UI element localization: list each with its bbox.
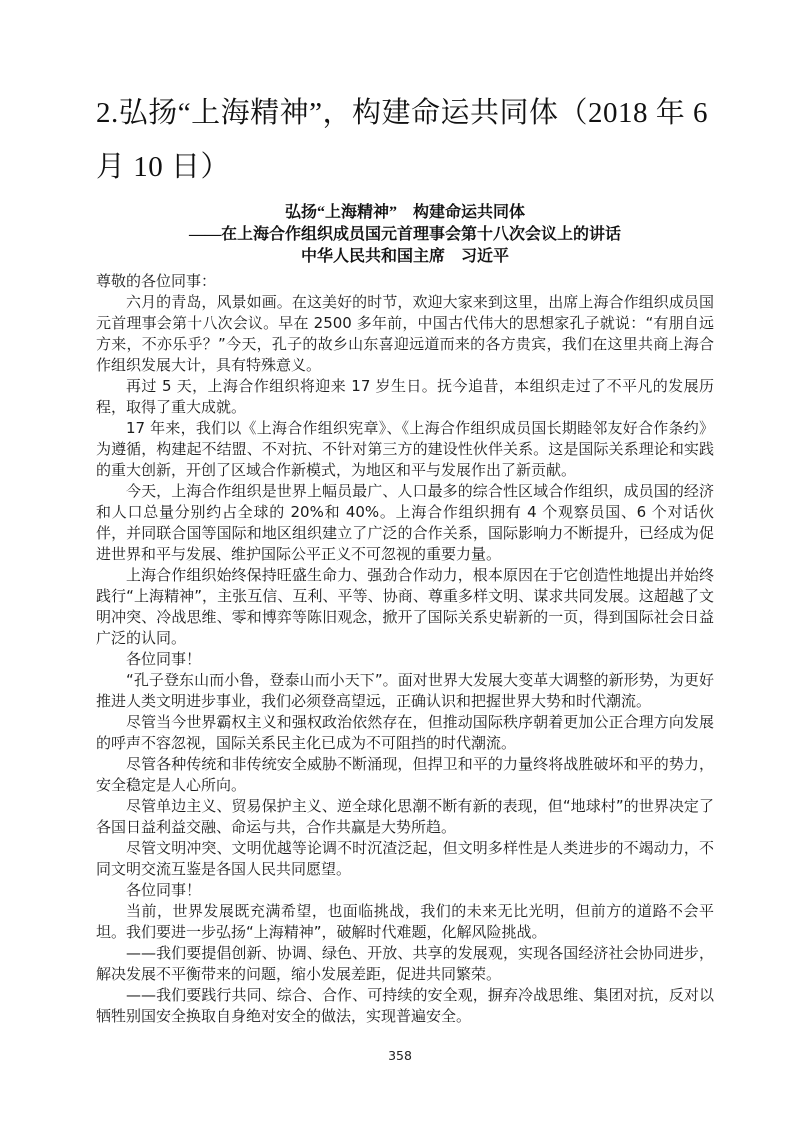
body-paragraph: 尽管文明冲突、文明优越等论调不时沉渣泛起，但文明多样性是人类进步的不竭动力，不同… bbox=[96, 838, 714, 880]
body-paragraph: “孔子登东山而小鲁，登泰山而小天下”。面对世界大发展大变革大调整的新形势，为更好… bbox=[96, 670, 714, 712]
body-paragraph: 尽管当今世界霸权主义和强权政治依然存在，但推动国际秩序朝着更加公正合理方向发展的… bbox=[96, 712, 714, 754]
body-paragraph: 各位同事！ bbox=[96, 880, 714, 901]
body-paragraph: 尽管单边主义、贸易保护主义、逆全球化思潮不断有新的表现，但“地球村”的世界决定了… bbox=[96, 796, 714, 838]
body-paragraph: 各位同事！ bbox=[96, 649, 714, 670]
body-paragraph: 再过 5 天，上海合作组织将迎来 17 岁生日。抚今追昔，本组织走过了不平凡的发… bbox=[96, 376, 714, 418]
body-paragraph: 六月的青岛，风景如画。在这美好的时节，欢迎大家来到这里，出席上海合作组织成员国元… bbox=[96, 292, 714, 376]
speech-title: 弘扬“上海精神” 构建命运共同体 bbox=[96, 202, 714, 224]
document-page: 2.弘扬“上海精神”，构建命运共同体（2018 年 6 月 10 日） 弘扬“上… bbox=[0, 0, 800, 1133]
chapter-title: 2.弘扬“上海精神”，构建命运共同体（2018 年 6 月 10 日） bbox=[96, 86, 714, 194]
body-paragraph: 尽管各种传统和非传统安全威胁不断涌现，但捍卫和平的力量终将战胜破坏和平的势力，安… bbox=[96, 754, 714, 796]
page-number: 358 bbox=[0, 1048, 800, 1063]
speech-heading-block: 弘扬“上海精神” 构建命运共同体 ——在上海合作组织成员国元首理事会第十八次会议… bbox=[96, 202, 714, 268]
body-paragraph: 17 年来，我们以《上海合作组织宪章》、《上海合作组织成员国长期睦邻友好合作条约… bbox=[96, 418, 714, 481]
body-paragraph: 尊敬的各位同事： bbox=[96, 271, 714, 292]
body-paragraph: ——我们要践行共同、综合、合作、可持续的安全观，摒弃冷战思维、集团对抗，反对以牺… bbox=[96, 985, 714, 1027]
body-paragraph: ——我们要提倡创新、协调、绿色、开放、共享的发展观，实现各国经济社会协同进步，解… bbox=[96, 943, 714, 985]
page-content: 2.弘扬“上海精神”，构建命运共同体（2018 年 6 月 10 日） 弘扬“上… bbox=[0, 0, 800, 1027]
speech-subtitle: ——在上海合作组织成员国元首理事会第十八次会议上的讲话 bbox=[96, 224, 714, 246]
speaker-line: 中华人民共和国主席 习近平 bbox=[96, 246, 714, 268]
body-text: 尊敬的各位同事：六月的青岛，风景如画。在这美好的时节，欢迎大家来到这里，出席上海… bbox=[96, 271, 714, 1027]
body-paragraph: 上海合作组织始终保持旺盛生命力、强劲合作动力，根本原因在于它创造性地提出并始终践… bbox=[96, 565, 714, 649]
body-paragraph: 今天，上海合作组织是世界上幅员最广、人口最多的综合性区域合作组织，成员国的经济和… bbox=[96, 481, 714, 565]
body-paragraph: 当前，世界发展既充满希望，也面临挑战，我们的未来无比光明，但前方的道路不会平坦。… bbox=[96, 901, 714, 943]
